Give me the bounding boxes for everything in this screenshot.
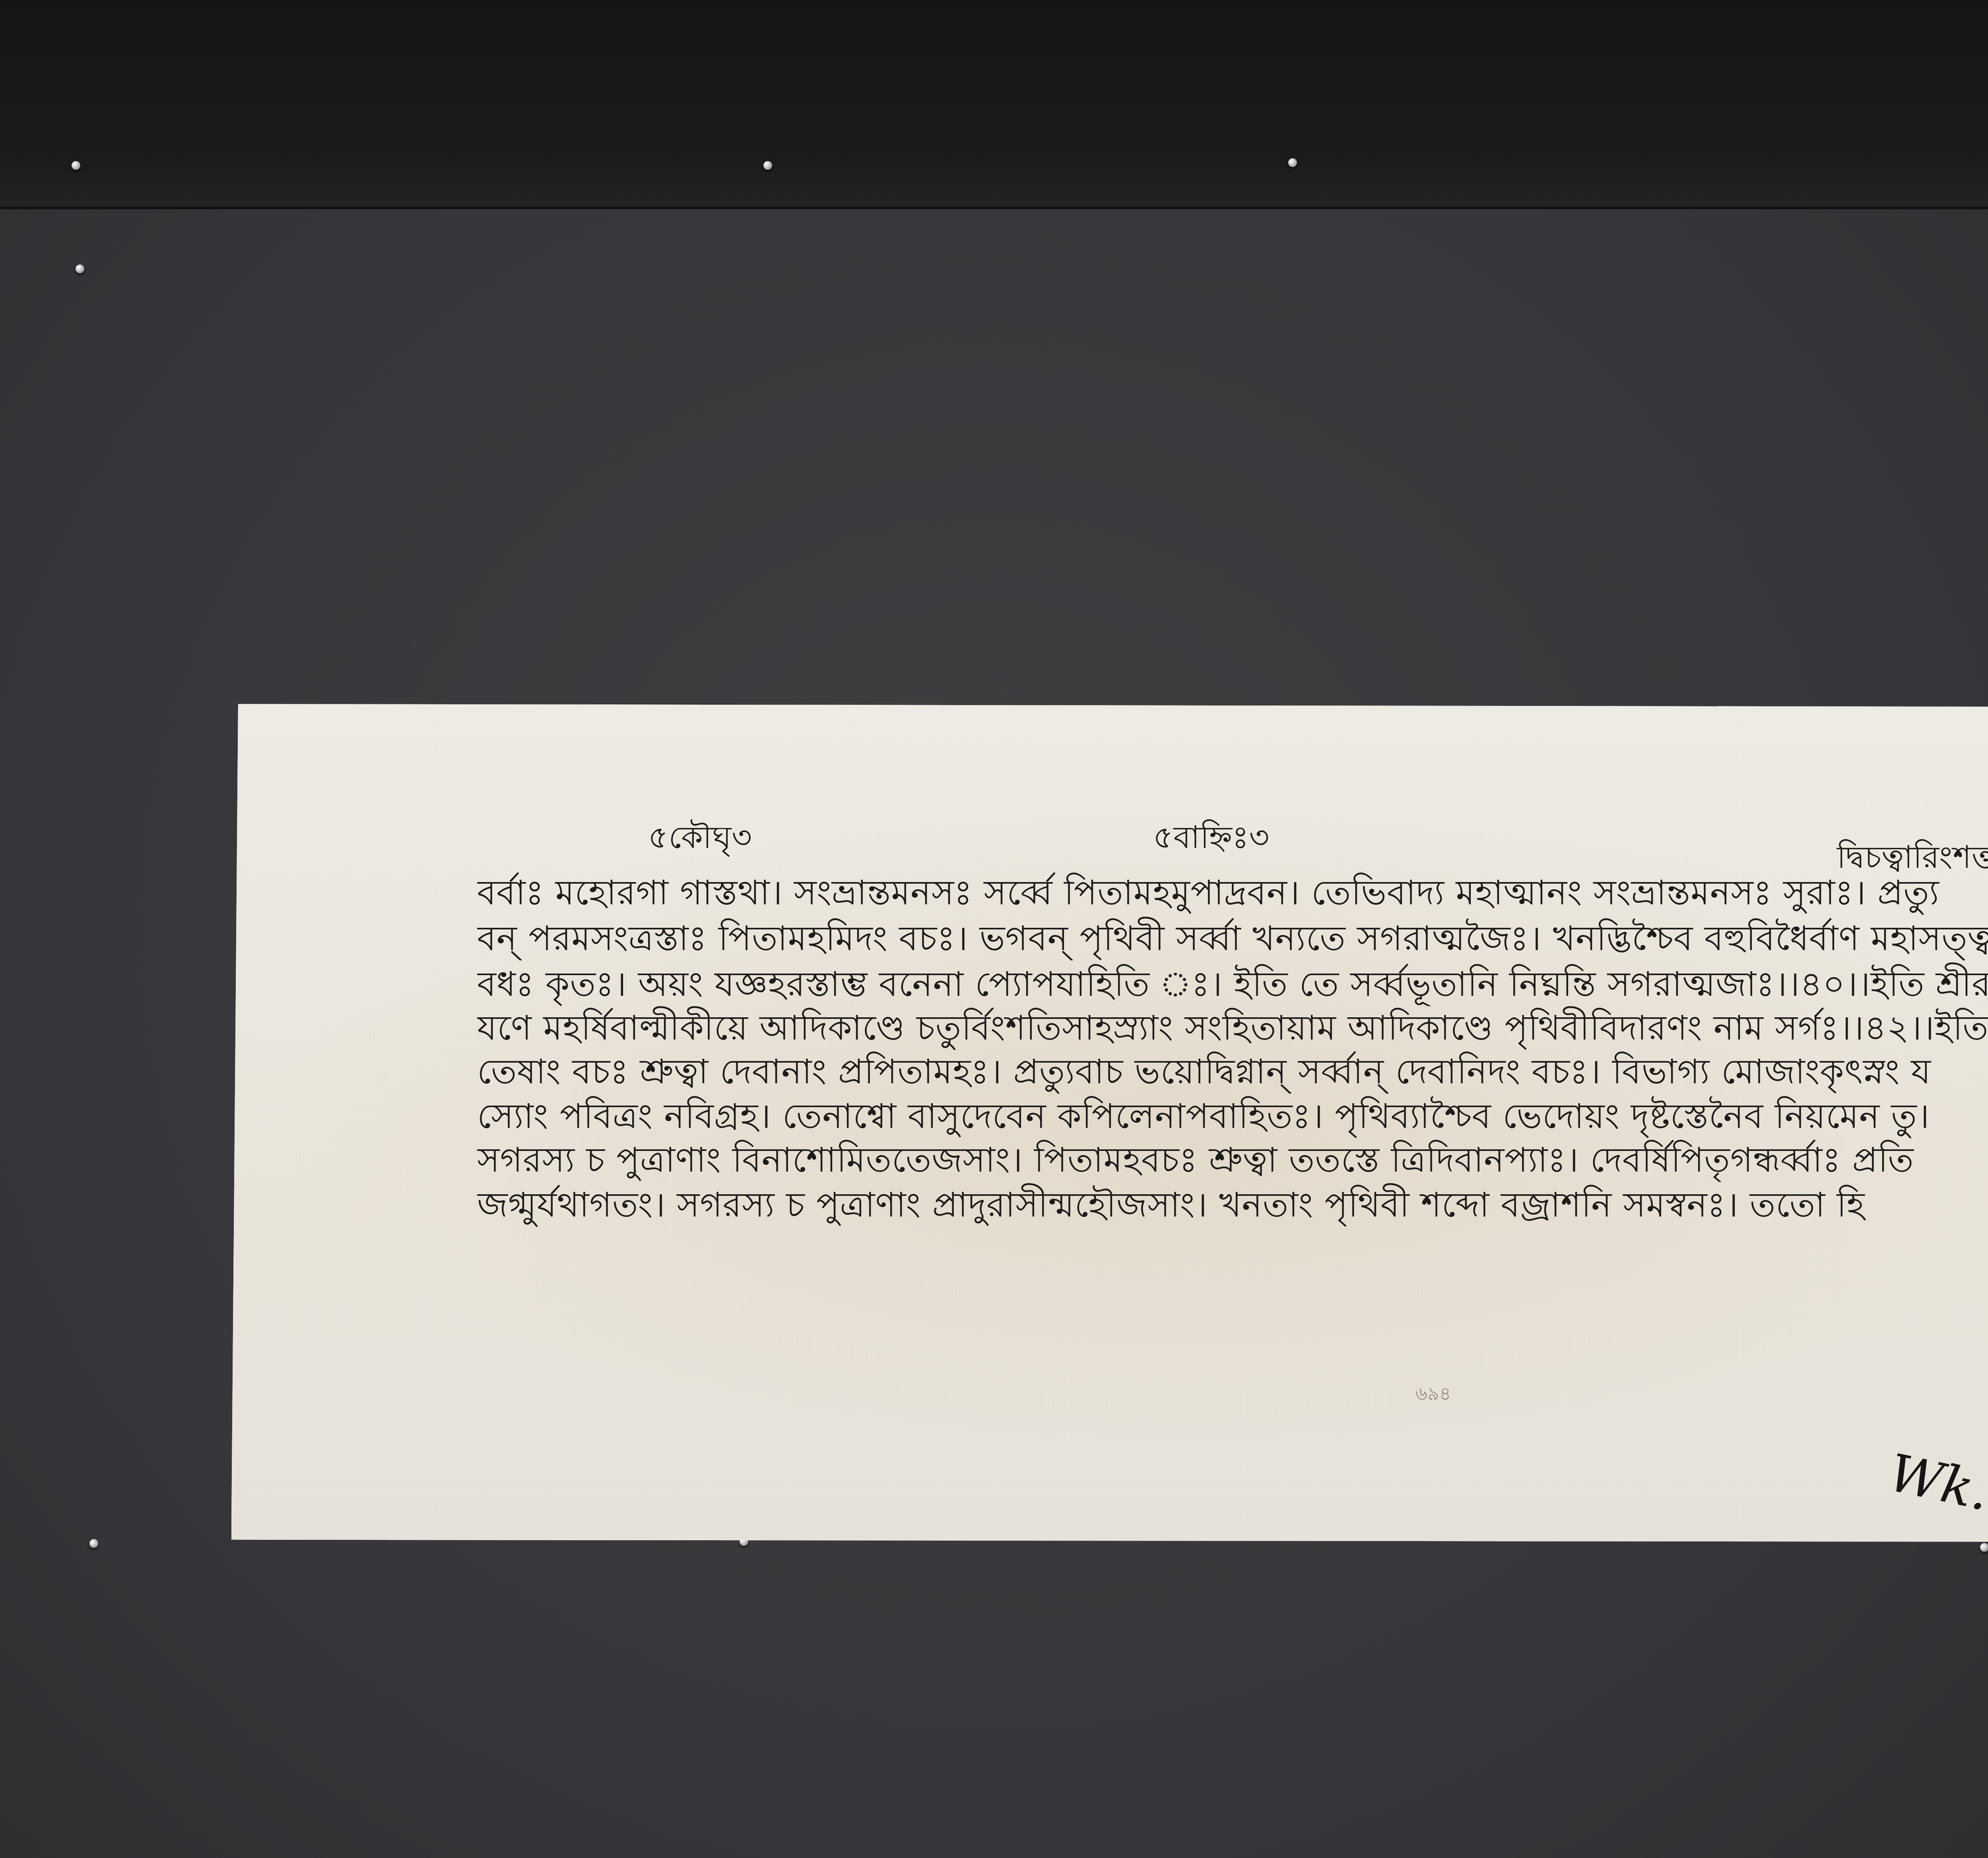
text-line-4: যণে মহর্ষিবাল্মীকীয়ে আদিকাণ্ডে চতুর্বিং… bbox=[477, 1006, 1988, 1050]
text-line-5: তেষাং বচঃ শ্রুত্বা দেবানাং প্রপিতামহঃ। প… bbox=[477, 1050, 1988, 1094]
top-backing-strip bbox=[0, 0, 1988, 209]
text-line-8: জগ্মুর্যথাগতং। সগরস্য চ পুত্রাণাং প্রাদু… bbox=[477, 1183, 1988, 1227]
text-line-2: বন্ পরমসংত্রস্তাঃ পিতামহমিদং বচঃ। ভগবন্ … bbox=[477, 917, 1988, 960]
header-left-folio: ৫কৌঘৃ৩ bbox=[648, 813, 752, 865]
mounting-pin bbox=[89, 1539, 98, 1548]
text-line-1: বর্বাঃ মহোরগা গাস্তথা। সংভ্রান্তমনসঃ সর্… bbox=[477, 871, 1988, 915]
mounting-pin bbox=[763, 161, 772, 170]
text-line-7: সগরস্য চ পুত্রাণাং বিনাশোমিততেজসাং। পিতা… bbox=[477, 1138, 1988, 1182]
mounting-pin bbox=[72, 161, 80, 170]
faint-marks: ৬৯৪ bbox=[1415, 1380, 1451, 1410]
header-center-title: ৫বাহ্নিঃ৩ bbox=[1153, 813, 1270, 865]
mounting-pin bbox=[1980, 1543, 1988, 1552]
text-line-3: বধঃ কৃতঃ। অয়ং যজ্ঞহরস্তাম্ভ বনেনা প্যোপ… bbox=[477, 962, 1988, 1006]
text-line-6: স্যোং পবিত্রং নবিগ্রহ। তেনাশ্বো বাসুদেবে… bbox=[477, 1094, 1988, 1138]
mounting-pin bbox=[1288, 158, 1297, 167]
mounting-pin bbox=[76, 264, 84, 273]
